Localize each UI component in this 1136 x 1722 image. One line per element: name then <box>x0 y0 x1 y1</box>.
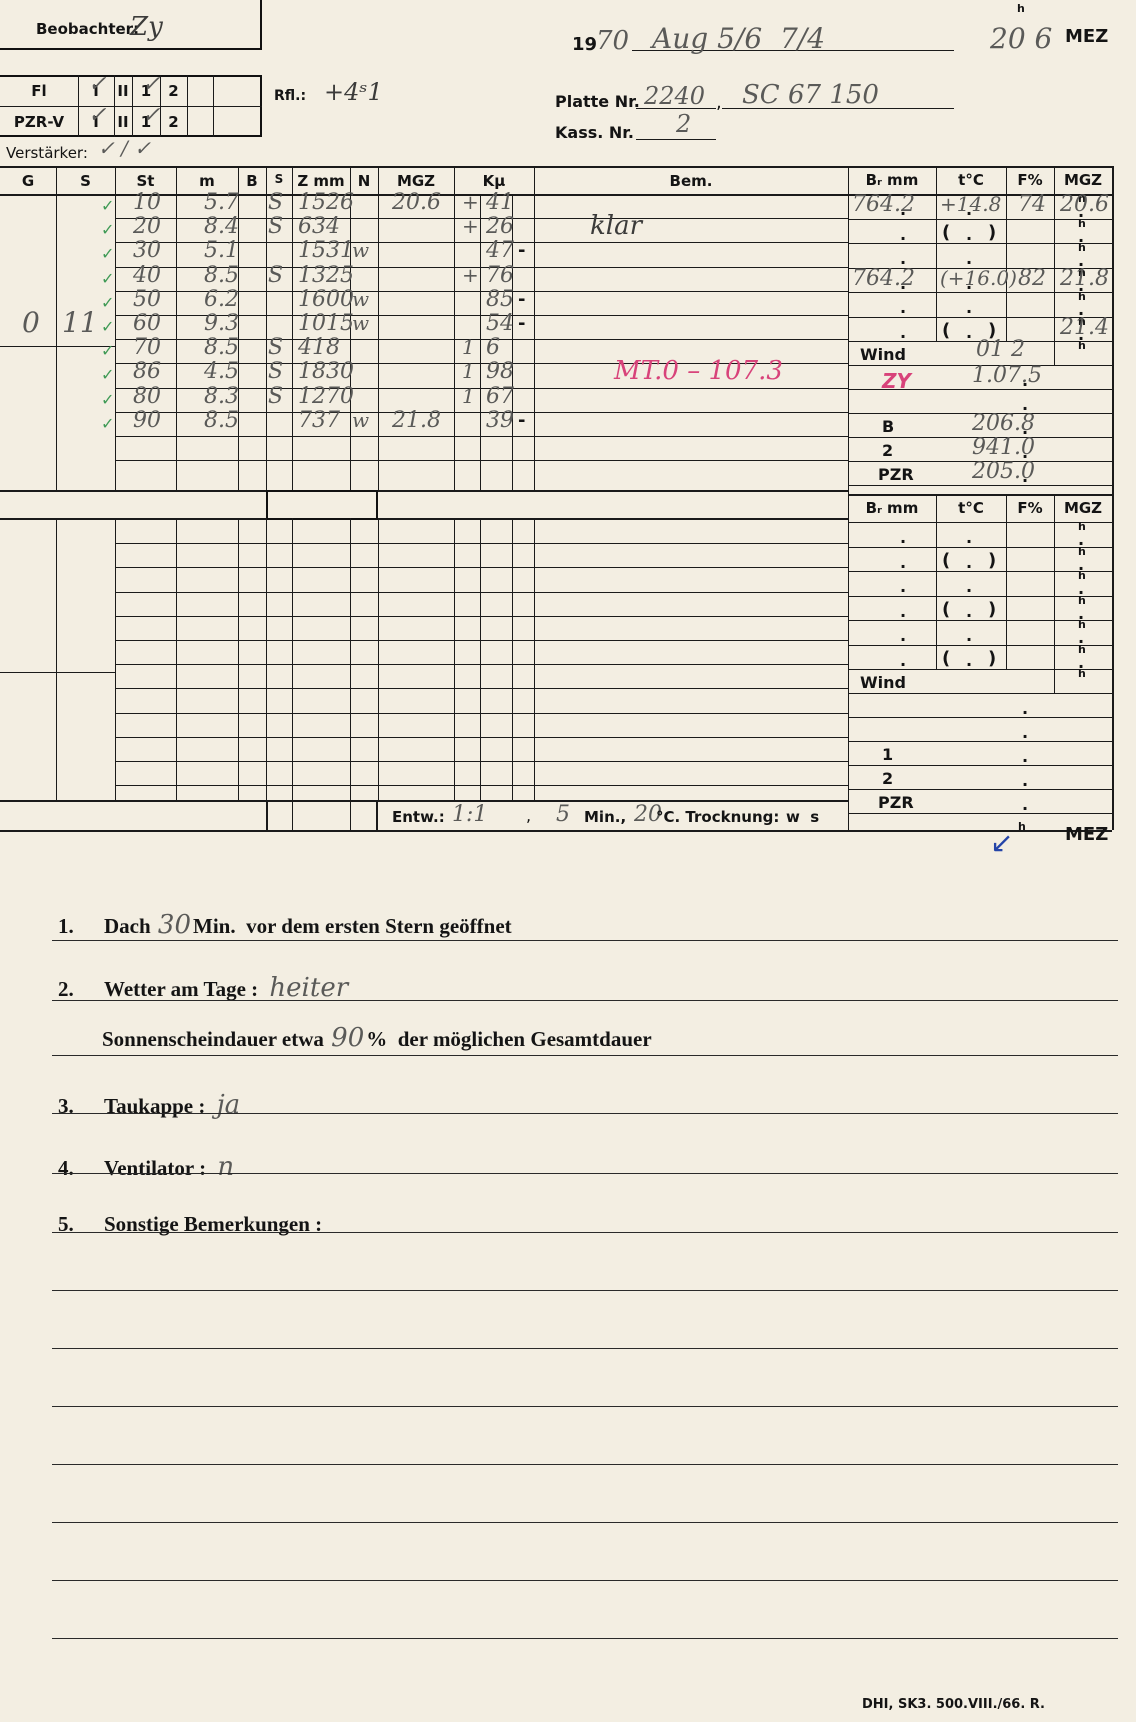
magnitude[interactable]: 9.3 <box>204 311 239 336</box>
question-answer[interactable]: ja <box>217 1090 241 1120</box>
grid-line <box>115 713 848 714</box>
extra-row-label: 2 <box>882 769 893 788</box>
decimal-dot: . <box>966 651 972 670</box>
answer-rule <box>52 1173 1118 1174</box>
decimal-dot: . <box>1022 747 1028 766</box>
paren-close: ) <box>988 599 996 620</box>
extra-row-label: PZR <box>878 465 914 484</box>
grid-line <box>292 800 293 830</box>
grid-line <box>1054 494 1055 669</box>
grid-line <box>115 166 116 490</box>
paren-open: ( <box>942 320 950 341</box>
paren-open: ( <box>942 550 950 571</box>
grid-line <box>350 800 351 830</box>
check-mark: ✓ <box>88 103 106 128</box>
column-header: Bem. <box>534 172 848 190</box>
magnitude[interactable]: 8.3 <box>204 384 239 409</box>
decimal-dot: . <box>900 528 906 547</box>
check-mark: ✓ <box>101 341 114 360</box>
k-suffix: - <box>518 313 525 334</box>
s-mark[interactable]: S <box>268 190 283 215</box>
magnitude[interactable]: 6.2 <box>204 287 239 312</box>
z-mm[interactable]: 1531 <box>298 238 354 263</box>
extra-row-label: 2 <box>882 441 893 460</box>
question-label: Sonnenscheindauer etwa <box>102 1027 329 1051</box>
rfl-label: Rfl.: <box>274 88 306 104</box>
star-number[interactable]: 40 <box>133 263 161 288</box>
decimal-dot: . <box>1022 771 1028 790</box>
paren-close: ) <box>988 648 996 669</box>
grid-line <box>848 494 1112 496</box>
grid-line <box>848 243 1112 244</box>
observer-value[interactable]: Zy <box>130 12 163 42</box>
grid-line <box>292 518 293 800</box>
filter-cell[interactable]: II <box>114 113 132 131</box>
decimal-dot: . <box>966 602 972 621</box>
grid-line <box>848 596 1112 597</box>
check-mark: ✓ <box>101 220 114 239</box>
k-mu[interactable]: 98 <box>486 359 514 384</box>
magnitude[interactable]: 5.7 <box>204 190 239 215</box>
k-mu[interactable]: 47 <box>486 238 514 263</box>
answer-rule <box>52 1522 1118 1523</box>
grid-line <box>848 789 1112 790</box>
amplifier-label: Verstärker: <box>6 144 88 162</box>
grid-line <box>115 518 116 800</box>
grid-line <box>454 518 455 800</box>
answer-rule <box>52 1232 1118 1233</box>
grid-line <box>848 166 849 830</box>
hour-mark: h <box>1018 820 1026 833</box>
k-mu[interactable]: 6 <box>486 335 500 360</box>
grid-line <box>848 669 1112 670</box>
s-mark[interactable]: S <box>268 384 283 409</box>
k-sign[interactable]: 1 <box>462 335 475 359</box>
decimal-dot: . <box>966 225 972 244</box>
weather-header: MGZ <box>1054 499 1112 517</box>
question-label: Wetter am Tage : <box>104 977 263 1001</box>
decimal-dot: . <box>900 225 906 244</box>
answer-rule <box>52 1113 1118 1114</box>
grid-line <box>848 547 1112 548</box>
extra-row-value[interactable]: 206.8 <box>972 411 1035 436</box>
z-mm[interactable]: 1526 <box>298 190 354 215</box>
answer-rule <box>52 1348 1118 1349</box>
k-mu[interactable]: 26 <box>486 214 514 239</box>
observer-label: Beobachter: <box>36 20 139 38</box>
grid-line <box>1054 341 1055 365</box>
paren-open: ( <box>942 648 950 669</box>
k-suffix: - <box>518 240 525 261</box>
check-mark: ✓ <box>101 293 114 312</box>
z-mm[interactable]: 1270 <box>298 384 354 409</box>
wind-value[interactable]: 01 2 <box>976 337 1025 362</box>
check-mark: ✓ <box>101 269 114 288</box>
temperature[interactable]: (+16.0) <box>940 266 1017 290</box>
comma: , <box>526 806 531 825</box>
z-mm[interactable]: 1600 <box>298 287 354 312</box>
answer-rule <box>52 1406 1118 1407</box>
column-header: S <box>56 172 115 190</box>
k-sign[interactable]: + <box>462 214 479 238</box>
k-sign[interactable]: 1 <box>462 384 475 408</box>
question-label: Taukappe : <box>104 1094 211 1118</box>
check-mark: ✓ <box>101 244 114 263</box>
development-ratio[interactable]: 1:1 <box>452 802 487 827</box>
grid-line <box>266 166 267 490</box>
k-mu[interactable]: 39 <box>486 408 514 433</box>
extra-row-value[interactable]: 941.0 <box>972 435 1035 460</box>
z-mm[interactable]: 1830 <box>298 359 354 384</box>
question-answer[interactable]: 90 <box>331 1023 364 1053</box>
magnitude[interactable]: 4.5 <box>204 359 239 384</box>
z-mm[interactable]: 634 <box>298 214 340 239</box>
grid-line <box>936 166 937 341</box>
time-value[interactable]: 20 6 <box>990 22 1052 55</box>
grid-line <box>534 518 535 800</box>
extra-row-value[interactable]: 205.0 <box>972 459 1035 484</box>
grid-line <box>176 166 177 490</box>
grid-line <box>848 645 1112 646</box>
development-label: Entw.: <box>392 808 445 826</box>
grid-line <box>115 567 848 568</box>
magnitude[interactable]: 8.5 <box>204 335 239 360</box>
grid-line <box>176 518 177 800</box>
decimal-dot: . <box>966 323 972 342</box>
cassette-label: Kass. Nr. <box>555 123 634 142</box>
grid-line <box>238 518 239 800</box>
s-mark[interactable]: S <box>268 214 283 239</box>
grid-line <box>480 518 481 800</box>
grid-line <box>936 494 937 669</box>
z-mm[interactable]: 1325 <box>298 263 354 288</box>
question-item: 3.Taukappe : ja <box>58 1090 270 1120</box>
grid-line <box>848 522 1112 523</box>
s-mark[interactable]: S <box>268 335 283 360</box>
remark[interactable]: klar <box>590 211 642 241</box>
grid-line <box>848 741 1112 742</box>
check-mark: ✓ <box>101 317 114 336</box>
question-suffix: Min. vor dem ersten Stern geöffnet <box>193 914 512 938</box>
decimal-dot: . <box>966 553 972 572</box>
answer-rule <box>52 1580 1118 1581</box>
star-number[interactable]: 70 <box>133 335 161 360</box>
extra-row-label: ZY <box>882 369 911 393</box>
grid-line <box>378 166 379 490</box>
question-number: 4. <box>58 1156 104 1181</box>
humidity[interactable]: 82 <box>1018 266 1046 291</box>
filter-row-label: PZR-V <box>0 113 78 131</box>
temperature[interactable]: +14.8 <box>940 192 1001 216</box>
n-mark[interactable]: w <box>352 238 369 262</box>
grid-line <box>1054 669 1055 693</box>
grid-line <box>350 518 351 800</box>
grid-line <box>512 518 513 800</box>
minutes-label: Min., <box>584 808 626 826</box>
k-mu[interactable]: 67 <box>486 384 514 409</box>
grid-line <box>0 518 848 520</box>
column-header: Z mm <box>292 172 350 190</box>
paren-close: ) <box>988 222 996 243</box>
rfl-value[interactable]: +4ˢ1 <box>324 78 383 106</box>
column-header: Kμ <box>454 172 534 190</box>
question-number: 3. <box>58 1094 104 1119</box>
paren-close: ) <box>988 550 996 571</box>
grid-line <box>1054 166 1055 341</box>
question-item: 4.Ventilator : n <box>58 1152 264 1182</box>
arrow-icon: ↙ <box>990 826 1013 859</box>
wind-label: Wind <box>860 345 906 364</box>
answer-rule <box>52 1464 1118 1465</box>
plate-label: Platte Nr. <box>555 92 640 111</box>
question-label: Dach <box>104 914 156 938</box>
year-prefix: 19 <box>572 34 597 55</box>
z-mm[interactable]: 1015 <box>298 311 354 336</box>
g-value[interactable]: 0 <box>22 306 40 339</box>
weather-header: t°C <box>936 499 1006 517</box>
mgz-value[interactable]: 20.6 <box>392 190 441 215</box>
mgz-time[interactable]: 21.8 <box>1060 266 1109 291</box>
question-number: 2. <box>58 977 104 1002</box>
extra-row-label: 1 <box>882 745 893 764</box>
pressure[interactable]: 764.2 <box>852 192 915 217</box>
grid-line <box>115 616 848 617</box>
mgz-time[interactable]: 20.6 <box>1060 192 1109 217</box>
star-number[interactable]: 30 <box>133 238 161 263</box>
star-number[interactable]: 50 <box>133 287 161 312</box>
grid-line <box>0 800 848 802</box>
form-code: DHI, SK3. 500.VIII./66. R. <box>862 1697 1045 1712</box>
amplifier-value[interactable]: ✓ / ✓ <box>98 136 151 160</box>
decimal-dot: . <box>966 298 972 317</box>
k-mu[interactable]: 76 <box>486 263 514 288</box>
k-sign[interactable]: 1 <box>462 359 475 383</box>
answer-rule <box>52 940 1118 941</box>
answer-rule <box>52 1638 1118 1639</box>
remark[interactable]: MT.0 – 107.3 <box>614 356 783 386</box>
grid-line <box>848 765 1112 766</box>
grid-line <box>454 166 455 490</box>
magnitude[interactable]: 8.5 <box>204 263 239 288</box>
weather-header: Bᵣ mm <box>848 171 936 189</box>
answer-rule <box>52 1290 1118 1291</box>
grid-line <box>115 640 848 641</box>
grid-line <box>0 346 115 347</box>
decimal-dot: . <box>1022 699 1028 718</box>
grid-line <box>0 490 848 492</box>
k-suffix: - <box>518 289 525 310</box>
k-mu[interactable]: 41 <box>486 190 514 215</box>
k-sign[interactable]: + <box>462 263 479 287</box>
grid-line <box>848 166 1112 168</box>
paren-open: ( <box>942 222 950 243</box>
s-mark[interactable]: S <box>268 359 283 384</box>
decimal-dot: . <box>900 577 906 596</box>
plate-value[interactable]: 2240 <box>644 82 705 110</box>
grid-line <box>115 785 848 786</box>
grid-line <box>115 592 848 593</box>
grid-line <box>0 830 1112 832</box>
grid-line <box>378 518 379 800</box>
column-header: G <box>0 172 56 190</box>
mgz-time[interactable]: 21.4 <box>1060 315 1109 340</box>
time-unit: h <box>1017 2 1025 15</box>
grid-line <box>848 292 1112 293</box>
s-mark[interactable]: S <box>268 263 283 288</box>
humidity[interactable]: 74 <box>1018 192 1046 217</box>
filter-cell[interactable]: 2 <box>160 82 187 100</box>
date-value[interactable]: Aug 5/6 7/4 <box>652 22 825 55</box>
decimal-dot: . <box>1022 723 1028 742</box>
check-mark: ✓ <box>142 72 160 97</box>
grid-line <box>115 688 848 689</box>
grid-line <box>848 813 1112 814</box>
column-header: B <box>238 172 266 190</box>
check-mark: ✓ <box>101 196 114 215</box>
drying-options[interactable]: w s <box>786 808 819 826</box>
grid-line <box>376 800 378 830</box>
question-answer[interactable]: heiter <box>269 973 348 1003</box>
answer-rule <box>52 1000 1118 1001</box>
column-header: MGZ <box>378 172 454 190</box>
decimal-dot: . <box>1022 795 1028 814</box>
question-item: 1.Dach 30Min. vor dem ersten Stern geöff… <box>58 910 512 940</box>
magnitude[interactable]: 5.1 <box>204 238 239 263</box>
question-number: 5. <box>58 1212 104 1237</box>
grid-line <box>1006 166 1007 341</box>
grid-line <box>848 485 1112 486</box>
decimal-dot: . <box>900 553 906 572</box>
grid-line <box>266 518 267 800</box>
paren-open: ( <box>942 599 950 620</box>
s-value[interactable]: 11 <box>62 306 98 339</box>
decimal-dot: . <box>966 528 972 547</box>
hour-mark: h <box>1078 339 1086 352</box>
weather-header: F% <box>1006 499 1054 517</box>
question-answer[interactable]: 30 <box>158 910 191 940</box>
grid-line <box>115 664 848 665</box>
development-minutes[interactable]: 5 <box>556 802 570 827</box>
grid-line <box>115 436 848 437</box>
decimal-dot: . <box>900 651 906 670</box>
check-mark: ✓ <box>101 365 114 384</box>
plate-comma: , <box>716 92 722 113</box>
grid-line <box>1112 166 1114 830</box>
star-number[interactable]: 86 <box>133 359 161 384</box>
check-mark: ✓ <box>88 72 106 97</box>
plate-value-2[interactable]: SC 67 150 <box>742 80 879 110</box>
column-header: N <box>350 172 378 190</box>
filter-row-label: Fl <box>0 82 78 100</box>
question-item: 5.Sonstige Bemerkungen : <box>58 1208 363 1238</box>
grid-line <box>115 737 848 738</box>
n-mark[interactable]: w <box>352 311 369 335</box>
k-sign[interactable]: + <box>462 190 479 214</box>
decimal-dot: . <box>900 626 906 645</box>
n-mark[interactable]: w <box>352 287 369 311</box>
star-number[interactable]: 20 <box>133 214 161 239</box>
check-mark: ✓ <box>142 103 160 128</box>
wind-label: Wind <box>860 673 906 692</box>
year-value[interactable]: 70 <box>596 26 629 56</box>
column-header: S <box>266 172 292 186</box>
check-mark: ✓ <box>101 390 114 409</box>
weather-header: t°C <box>936 171 1006 189</box>
mid-box <box>266 490 378 520</box>
question-suffix: % der möglichen Gesamtdauer <box>366 1027 651 1051</box>
temp-label: °C. Trocknung: <box>656 808 779 826</box>
grid-line <box>1006 494 1007 669</box>
filter-cell[interactable]: 2 <box>160 113 187 131</box>
decimal-dot: . <box>966 577 972 596</box>
extra-row-value[interactable]: 1.07.5 <box>972 363 1042 388</box>
extra-row-label: B <box>882 417 894 436</box>
star-number[interactable]: 60 <box>133 311 161 336</box>
star-number[interactable]: 90 <box>133 408 161 433</box>
decimal-dot: . <box>900 602 906 621</box>
decimal-dot: . <box>900 323 906 342</box>
answer-rule <box>52 1055 1118 1056</box>
weather-header: MGZ <box>1054 171 1112 189</box>
question-label: Ventilator : <box>104 1156 211 1180</box>
check-mark: ✓ <box>101 414 114 433</box>
timezone-label: MEZ <box>1065 26 1108 47</box>
pressure[interactable]: 764.2 <box>852 266 915 291</box>
footer-timezone: MEZ <box>1065 824 1108 845</box>
grid-line <box>848 620 1112 621</box>
grid-line <box>0 672 115 673</box>
star-number[interactable]: 10 <box>133 190 161 215</box>
question-number: 1. <box>58 914 104 939</box>
star-number[interactable]: 80 <box>133 384 161 409</box>
magnitude[interactable]: 8.4 <box>204 214 239 239</box>
n-mark[interactable]: w <box>352 408 369 432</box>
column-header: St <box>115 172 176 190</box>
decimal-dot: . <box>900 298 906 317</box>
filter-cell[interactable]: II <box>114 82 132 100</box>
weather-header: F% <box>1006 171 1054 189</box>
magnitude[interactable]: 8.5 <box>204 408 239 433</box>
column-header: m <box>176 172 238 190</box>
mgz-value[interactable]: 21.8 <box>392 408 441 433</box>
question-answer[interactable]: n <box>217 1152 234 1182</box>
k-mu[interactable]: 54 <box>486 311 514 336</box>
grid-line <box>292 166 293 490</box>
grid-line <box>266 800 268 830</box>
grid-line <box>848 219 1112 220</box>
z-mm[interactable]: 418 <box>298 335 340 360</box>
grid-line <box>848 717 1112 718</box>
grid-line <box>115 460 848 461</box>
grid-line <box>115 761 848 762</box>
grid-line <box>848 693 1112 694</box>
grid-line <box>480 194 481 490</box>
question-item: Sonnenscheindauer etwa 90% der möglichen… <box>58 1023 652 1053</box>
z-mm[interactable]: 737 <box>298 408 340 433</box>
grid-line <box>848 571 1112 572</box>
decimal-dot: . <box>966 626 972 645</box>
extra-row-label: PZR <box>878 793 914 812</box>
k-mu[interactable]: 85 <box>486 287 514 312</box>
grid-line <box>534 166 535 490</box>
k-suffix: - <box>518 410 525 431</box>
weather-header: Bᵣ mm <box>848 499 936 517</box>
grid-line <box>56 518 57 800</box>
cassette-value[interactable]: 2 <box>676 110 691 138</box>
hour-mark: h <box>1078 667 1086 680</box>
grid-line <box>56 166 57 490</box>
question-item: 2.Wetter am Tage : heiter <box>58 973 378 1003</box>
